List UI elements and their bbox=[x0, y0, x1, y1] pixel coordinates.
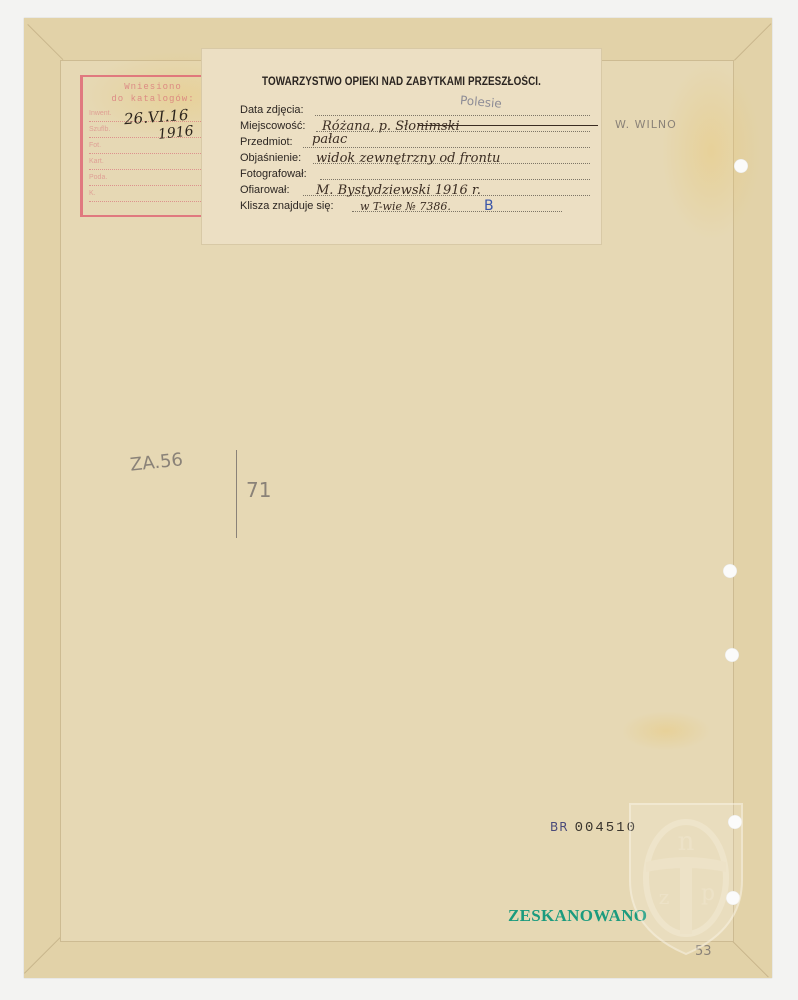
bevel-line bbox=[27, 24, 63, 60]
strike-line bbox=[418, 125, 598, 126]
paper-stain bbox=[661, 61, 761, 241]
field-value-donor: M. Bystydziewski 1916 r. bbox=[316, 183, 481, 198]
field-label: Fotografował: bbox=[240, 167, 307, 182]
field-label: Klisza znajduje się: bbox=[240, 199, 334, 214]
field-label: Przedmiot: bbox=[240, 135, 293, 150]
bevel-line bbox=[734, 23, 771, 60]
dotted-line bbox=[315, 115, 590, 116]
svg-text:p: p bbox=[701, 881, 715, 906]
inventory-prefix: BR bbox=[550, 820, 569, 834]
pencil-vertical-line bbox=[236, 450, 237, 538]
field-locality: Miejscowość: Różana, p. Słonimski bbox=[240, 119, 590, 134]
bevel-line bbox=[24, 936, 61, 973]
label-card: TOWARZYSTWO OPIEKI NAD ZABYTKAMI PRZESZŁ… bbox=[201, 48, 602, 245]
field-label: Ofiarował: bbox=[240, 183, 290, 198]
punch-hole bbox=[725, 648, 739, 662]
field-subject: Przedmiot: pałac bbox=[240, 135, 590, 150]
pencil-note-wilno: W. WILNO bbox=[615, 118, 677, 131]
punch-hole bbox=[723, 564, 737, 578]
stamp-row: Fot. bbox=[89, 139, 215, 154]
field-label: Miejscowość: bbox=[240, 119, 305, 134]
pencil-note-number: 71 bbox=[246, 478, 271, 502]
inventory-number: BR004510 bbox=[550, 820, 637, 836]
field-value-negative: w T-wie № 7386. bbox=[360, 199, 451, 214]
field-value-description: widok zewnętrzny od frontu bbox=[316, 151, 500, 166]
stamp-row: Kart. bbox=[89, 155, 215, 170]
field-donor: Ofiarował: M. Bystydziewski 1916 r. bbox=[240, 183, 590, 198]
field-photographer: Fotografował: bbox=[240, 167, 590, 182]
svg-text:z: z bbox=[659, 885, 670, 909]
punch-hole bbox=[734, 159, 748, 173]
stamp-row: K. bbox=[89, 187, 215, 202]
negative-series-letter: B bbox=[484, 199, 494, 214]
field-label: Objaśnienie: bbox=[240, 151, 301, 166]
field-description: Objaśnienie: widok zewnętrzny od frontu bbox=[240, 151, 590, 166]
field-label: Data zdjęcia: bbox=[240, 103, 304, 118]
field-negative-location: Klisza znajduje się: w T-wie № 7386. B bbox=[240, 199, 590, 214]
dotted-line bbox=[303, 147, 590, 148]
paper-stain bbox=[621, 711, 711, 751]
tozp-watermark-icon: n z p bbox=[626, 800, 746, 958]
svg-text:n: n bbox=[678, 827, 695, 857]
stamp-row: Poda. bbox=[89, 171, 215, 186]
society-title: TOWARZYSTWO OPIEKI NAD ZABYTKAMI PRZESZŁ… bbox=[230, 76, 573, 88]
field-photo-date: Data zdjęcia: bbox=[240, 103, 590, 118]
dotted-line bbox=[320, 179, 590, 180]
field-value-subject: pałac bbox=[312, 132, 347, 147]
